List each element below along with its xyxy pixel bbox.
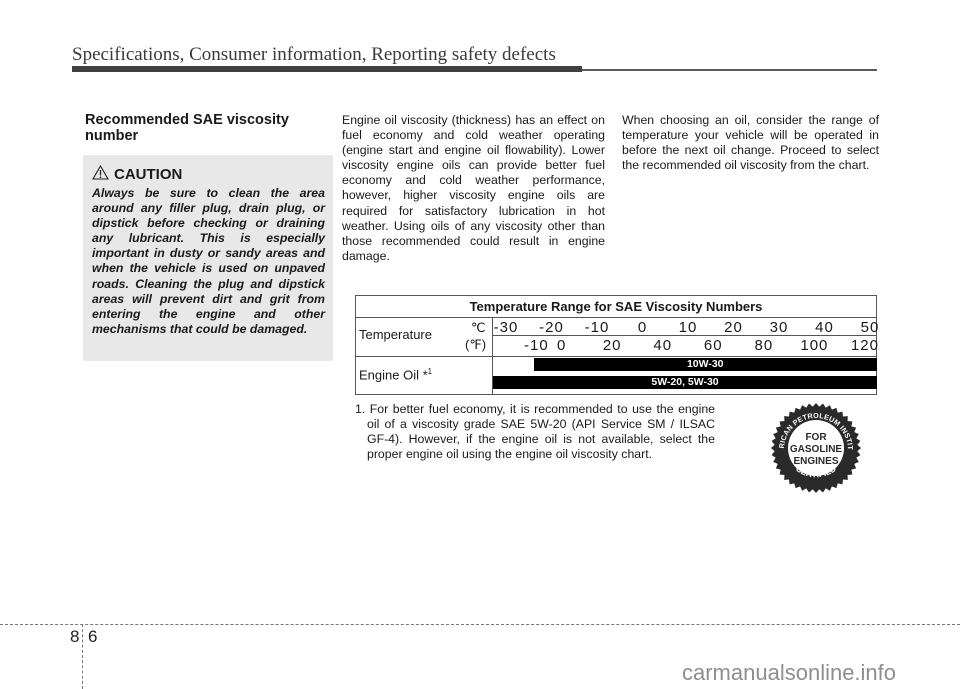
caution-body: Always be sure to clean the area around … [92,186,325,337]
celsius-tick: 50 [861,319,880,336]
page-divider-vertical [82,624,83,689]
celsius-tick: 20 [724,319,743,336]
footnote: 1. For better fuel economy, it is recomm… [355,402,715,462]
celsius-unit-label: ℃ [471,320,486,336]
warning-triangle-icon [92,165,109,185]
header-rule-thin [582,69,877,71]
fahrenheit-tick: 20 [603,337,622,354]
fahrenheit-tick: 80 [754,337,773,354]
celsius-tick: 10 [679,319,698,336]
fahrenheit-tick: -10 [524,337,549,354]
chapter-number: 8 [70,627,79,647]
viscosity-explanation: Engine oil viscosity (thickness) has an … [342,113,605,264]
celsius-tick: -20 [539,319,564,336]
engine-oil-label-text: Engine Oil * [359,367,428,382]
svg-text:ENGINES: ENGINES [793,456,838,467]
viscosity-chart-table: Temperature Range for SAE Viscosity Numb… [355,295,877,395]
fahrenheit-tick: 0 [557,337,566,354]
section-header-title: Specifications, Consumer information, Re… [72,44,556,66]
celsius-tick: 0 [638,319,647,336]
api-certification-seal: AMERICAN PETROLEUM INSTITUTE CERTIFIED F… [770,402,862,494]
temperature-label: Temperature [359,327,432,342]
fahrenheit-unit-label: (℉) [465,337,486,353]
section-heading: Recommended SAE viscosity number [85,112,325,144]
viscosity-chart-title: Temperature Range for SAE Viscosity Numb… [356,296,876,318]
oil-grade-bar: 10W-30 [534,358,878,371]
svg-text:FOR: FOR [805,432,827,443]
header-rule-thick [72,66,582,72]
caution-box: CAUTION Always be sure to clean the area… [83,155,333,361]
celsius-tick: -10 [585,319,610,336]
fahrenheit-tick: 100 [800,337,828,354]
engine-oil-label: Engine Oil *1 [359,367,432,382]
oil-selection-guidance: When choosing an oil, consider the range… [622,113,879,173]
caution-title: CAUTION [114,166,182,184]
page-number: 6 [88,627,97,647]
table-row-divider [356,356,876,357]
celsius-tick: 30 [770,319,789,336]
page-divider-horizontal [0,624,960,625]
fahrenheit-tick: 40 [653,337,672,354]
celsius-tick: -30 [494,319,519,336]
footnote-mark: 1 [428,367,432,376]
svg-text:GASOLINE: GASOLINE [790,444,843,455]
oil-grade-bar: 5W-20, 5W-30 [493,376,877,389]
fahrenheit-tick: 120 [851,337,879,354]
watermark: carmanualsonline.info [682,660,896,686]
fahrenheit-tick: 60 [704,337,723,354]
caution-title-row: CAUTION [92,165,325,185]
celsius-tick: 40 [815,319,834,336]
